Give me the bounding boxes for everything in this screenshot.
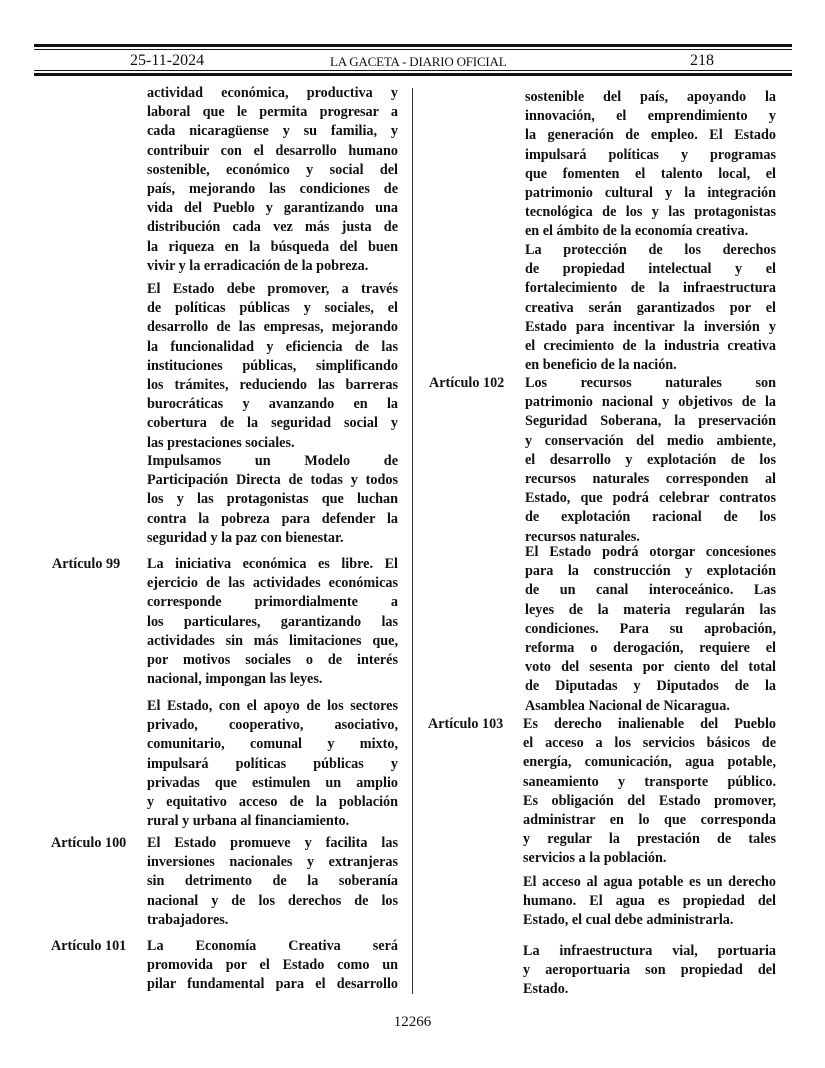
text-line: actividades sin más limitaciones que, [147, 632, 398, 651]
text-line: el acceso a los servicios básicos de [523, 734, 776, 753]
text-line: Estado, el cual debe administrarla. [523, 911, 776, 930]
text-line: contribuir con el desarrollo humano [147, 142, 398, 161]
text-line: leyes de la materia regularán las [525, 601, 776, 620]
article-99-para-1: La iniciativa económica es libre. Elejer… [147, 555, 398, 689]
right-para-1: sostenible del país, apoyando lainnovaci… [525, 88, 776, 242]
text-line: El Estado podrá otorgar concesiones [525, 543, 776, 562]
text-line: de Diputadas y Diputados de la [525, 677, 776, 696]
article-101-label: Artículo 101 [51, 937, 126, 956]
text-line: Participación Directa de todas y todos [147, 471, 398, 490]
article-103-label: Artículo 103 [428, 715, 503, 734]
page-footer-number: 12266 [0, 1014, 825, 1031]
text-line: y regular la prestación de tales [523, 830, 776, 849]
text-line: las prestaciones sociales. [147, 434, 398, 453]
text-line: servicios a la población. [523, 849, 776, 868]
text-line: Estado para incentivar la inversión y [525, 318, 776, 337]
text-line: innovación, el emprendimiento y [525, 107, 776, 126]
text-line: fortalecimiento de la infraestructura [525, 279, 776, 298]
text-line: y conservación del medio ambiente, [525, 432, 776, 451]
text-line: tecnológica de los y las protagonistas [525, 203, 776, 222]
text-line: distribución cada vez más justa de [147, 218, 398, 237]
text-line: La protección de los derechos [525, 241, 776, 260]
article-103-para-1: Es derecho inalienable del Puebloel acce… [523, 715, 776, 869]
text-line: los trámites, reduciendo las barreras [147, 376, 398, 395]
article-100-label: Artículo 100 [51, 834, 126, 853]
text-line: que fomenten el talento local, el [525, 165, 776, 184]
text-line: impulsará políticas públicas y [147, 755, 398, 774]
text-line: cobertura de la seguridad social y [147, 414, 398, 433]
text-line: los y las protagonistas que luchan [147, 490, 398, 509]
text-line: país, mejorando las condiciones de [147, 180, 398, 199]
text-line: promovida por el Estado como un [147, 956, 398, 975]
text-line: La Economía Creativa será [147, 937, 398, 956]
text-line: reforma o derogación, requiere el [525, 639, 776, 658]
header-top-rule [34, 44, 792, 47]
text-line: actividad económica, productiva y [147, 84, 398, 103]
text-line: saneamiento y transporte público. [523, 773, 776, 792]
text-line: instituciones públicas, simplificando [147, 357, 398, 376]
text-line: ejercicio de las actividades económicas [147, 574, 398, 593]
text-line: rural y urbana al financiamiento. [147, 812, 398, 831]
header-page-number: 218 [690, 52, 714, 70]
text-line: Impulsamos un Modelo de [147, 452, 398, 471]
text-line: para la construcción y explotación [525, 562, 776, 581]
text-line: y equitativo acceso de la población [147, 793, 398, 812]
text-line: contra la pobreza para defender la [147, 510, 398, 529]
text-line: inversiones nacionales y extranjeras [147, 853, 398, 872]
header-bottom-rule [34, 73, 792, 76]
column-divider [412, 88, 413, 994]
left-para-1: actividad económica, productiva ylaboral… [147, 84, 398, 276]
text-line: de políticas públicas y sociales, el [147, 299, 398, 318]
text-line: Estado. [523, 980, 776, 999]
text-line: y aeroportuaria son propiedad del [523, 961, 776, 980]
article-102-para-1: Los recursos naturales sonpatrimonio nac… [525, 374, 776, 547]
article-99-para-2: El Estado, con el apoyo de los sectoresp… [147, 697, 398, 831]
text-line: Los recursos naturales son [525, 374, 776, 393]
text-line: condiciones. Para su aprobación, [525, 620, 776, 639]
text-line: trabajadores. [147, 911, 398, 930]
text-line: el desarrollo y explotación de los [525, 451, 776, 470]
article-99-label: Artículo 99 [52, 555, 120, 574]
text-line: El acceso al agua potable es un derecho [523, 873, 776, 892]
article-103-para-2: El acceso al agua potable es un derechoh… [523, 873, 776, 931]
text-line: recursos naturales corresponden al [525, 470, 776, 489]
text-line: privadas que estimulen un amplio [147, 774, 398, 793]
left-para-2: El Estado debe promover, a travésde polí… [147, 280, 398, 453]
header-bottom-thin-rule [34, 70, 792, 71]
header-date: 25-11-2024 [130, 52, 204, 70]
text-line: cada nicaragüense y su familia, y [147, 122, 398, 141]
text-line: de explotación racional de los [525, 508, 776, 527]
text-line: El Estado promueve y facilita las [147, 834, 398, 853]
text-line: voto del sesenta por ciento del total [525, 658, 776, 677]
header-top-thin-rule [34, 49, 792, 50]
header-publication-title: LA GACETA - DIARIO OFICIAL [330, 54, 506, 70]
article-102-para-2: El Estado podrá otorgar concesionespara … [525, 543, 776, 716]
text-line: Asamblea Nacional de Nicaragua. [525, 697, 776, 716]
text-line: administrar en lo que corresponda [523, 811, 776, 830]
text-line: impulsará políticas y programas [525, 146, 776, 165]
text-line: Estado, que podrá celebrar contratos [525, 489, 776, 508]
right-para-2: La protección de los derechosde propieda… [525, 241, 776, 375]
text-line: Es obligación del Estado promover, [523, 792, 776, 811]
text-line: el crecimiento de la industria creativa [525, 337, 776, 356]
text-line: nacional y de los derechos de los [147, 892, 398, 911]
text-line: de un canal interoceánico. Las [525, 581, 776, 600]
text-line: sin detrimento de la soberanía [147, 872, 398, 891]
text-line: El Estado debe promover, a través [147, 280, 398, 299]
text-line: la generación de empleo. El Estado [525, 126, 776, 145]
article-103-para-3: La infraestructura vial, portuariay aero… [523, 942, 776, 1000]
text-line: pilar fundamental para el desarrollo [147, 975, 398, 994]
text-line: comunitario, comunal y mixto, [147, 735, 398, 754]
text-line: La infraestructura vial, portuaria [523, 942, 776, 961]
text-line: Es derecho inalienable del Pueblo [523, 715, 776, 734]
text-line: patrimonio nacional y objetivos de la [525, 393, 776, 412]
text-line: humano. El agua es propiedad del [523, 892, 776, 911]
text-line: La iniciativa económica es libre. El [147, 555, 398, 574]
text-line: la riqueza en la búsqueda del buen [147, 238, 398, 257]
text-line: Seguridad Soberana, la preservación [525, 412, 776, 431]
text-line: laboral que le permita progresar a [147, 103, 398, 122]
article-102-label: Artículo 102 [429, 374, 504, 393]
text-line: los particulares, garantizando las [147, 613, 398, 632]
text-line: desarrollo de las empresas, mejorando [147, 318, 398, 337]
text-line: burocráticas y avanzando en la [147, 395, 398, 414]
article-101-para-1: La Economía Creativa serápromovida por e… [147, 937, 398, 995]
text-line: patrimonio cultural y la integración [525, 184, 776, 203]
left-para-3: Impulsamos un Modelo deParticipación Dir… [147, 452, 398, 548]
text-line: corresponde primordialmente a [147, 593, 398, 612]
page-header: 25-11-2024 LA GACETA - DIARIO OFICIAL 21… [34, 52, 792, 70]
text-line: nacional, impongan las leyes. [147, 670, 398, 689]
text-line: energía, comunicación, agua potable, [523, 753, 776, 772]
text-line: de propiedad intelectual y el [525, 260, 776, 279]
text-line: privado, cooperativo, asociativo, [147, 716, 398, 735]
text-line: vivir y la erradicación de la pobreza. [147, 257, 398, 276]
text-line: vida del Pueblo y garantizando una [147, 199, 398, 218]
article-100-para-1: El Estado promueve y facilita lasinversi… [147, 834, 398, 930]
text-line: seguridad y la paz con bienestar. [147, 529, 398, 548]
text-line: sostenible del país, apoyando la [525, 88, 776, 107]
text-line: en el ámbito de la economía creativa. [525, 222, 776, 241]
text-line: sostenible, económico y social del [147, 161, 398, 180]
text-line: la funcionalidad y eficiencia de las [147, 338, 398, 357]
text-line: por motivos sociales o de interés [147, 651, 398, 670]
text-line: en beneficio de la nación. [525, 356, 776, 375]
text-line: El Estado, con el apoyo de los sectores [147, 697, 398, 716]
text-line: creativa serán garantizados por el [525, 299, 776, 318]
